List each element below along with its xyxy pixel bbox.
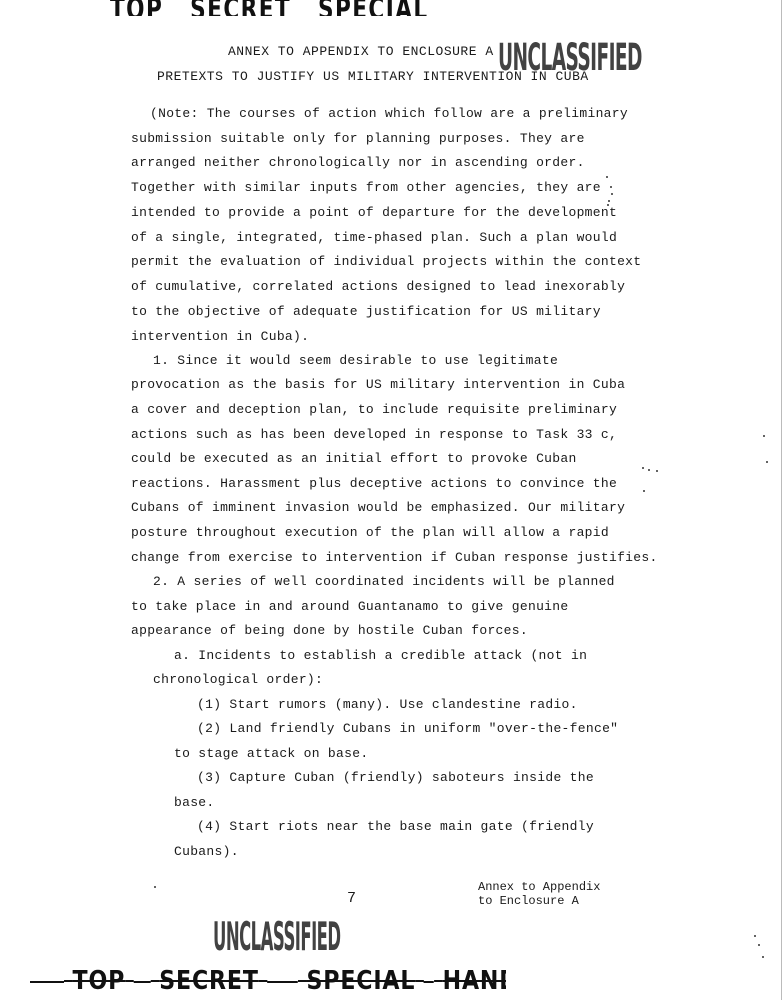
banner-rule: [134, 981, 151, 983]
page-edge: [781, 0, 782, 1000]
scan-mark: [608, 200, 610, 202]
scan-mark: [643, 490, 645, 492]
body-line: 2. A series of well coordinated incident…: [153, 574, 615, 589]
scan-mark: [606, 176, 608, 178]
body-line: posture throughout execution of the plan…: [131, 525, 609, 540]
body-line: reactions. Harassment plus deceptive act…: [131, 476, 617, 491]
body-line: (1) Start rumors (many). Use clandestine…: [197, 697, 578, 712]
body-line: of a single, integrated, time-phased pla…: [131, 230, 617, 245]
body-line: arranged neither chronologically nor in …: [131, 155, 585, 170]
body-line: to the objective of adequate justificati…: [131, 304, 601, 319]
body-line: could be executed as an initial effort t…: [131, 451, 577, 466]
banner-rule: [267, 981, 298, 983]
scan-mark: [648, 469, 650, 471]
scan-mark: [154, 886, 156, 888]
classification-word: SECRET: [190, 0, 291, 16]
scan-mark: [611, 193, 613, 195]
scan-mark: [642, 467, 644, 469]
body-line: a. Incidents to establish a credible att…: [174, 648, 587, 663]
body-line: base.: [174, 795, 215, 810]
body-line: (2) Land friendly Cubans in uniform "ove…: [197, 721, 618, 736]
body-line: to take place in and around Guantanamo t…: [131, 599, 568, 614]
body-line: Together with similar inputs from other …: [131, 180, 601, 195]
bottom-classification-banner: TOP SECRET SPECIAL HANDLING NOFORN: [30, 966, 506, 1000]
scan-mark: [763, 435, 765, 437]
footer-reference: Annex to Appendix to Enclosure A: [478, 880, 600, 908]
page-number: 7: [347, 890, 356, 907]
scan-mark: [766, 461, 768, 463]
body-line: intervention in Cuba).: [131, 329, 309, 344]
scan-mark: [610, 186, 612, 188]
scan-mark: [607, 204, 609, 206]
body-line: Cubans of imminent invasion would be emp…: [131, 500, 625, 515]
banner-rule: [424, 981, 434, 983]
body-line: (4) Start riots near the base main gate …: [197, 819, 594, 834]
body-line: chronological order):: [153, 672, 323, 687]
body-line: of cumulative, correlated actions design…: [131, 279, 625, 294]
footer-reference-line: to Enclosure A: [478, 894, 600, 908]
footer-reference-line: Annex to Appendix: [478, 880, 600, 894]
body-line: (3) Capture Cuban (friendly) saboteurs i…: [197, 770, 594, 785]
top-classification-banner: TOP SECRET SPECIAL HANDLING NOFORN: [110, 0, 456, 16]
scan-mark: [758, 944, 760, 946]
banner-rule: [30, 981, 64, 983]
body-line: (Note: The courses of action which follo…: [150, 106, 628, 121]
classification-word: HANDLING: [443, 966, 506, 996]
body-line: submission suitable only for planning pu…: [131, 131, 585, 146]
classification-word: TOP: [110, 0, 163, 16]
classification-word: SECRET: [159, 966, 259, 996]
body-line: to stage attack on base.: [174, 746, 368, 761]
body-line: Cubans).: [174, 844, 239, 859]
body-line: appearance of being done by hostile Cuba…: [131, 623, 528, 638]
classification-word: SPECIAL: [307, 966, 416, 996]
document-title: ANNEX TO APPENDIX TO ENCLOSURE A: [228, 44, 494, 59]
document-page: TOP SECRET SPECIAL HANDLING NOFORN UNCLA…: [0, 0, 784, 1000]
body-line: provocation as the basis for US military…: [131, 377, 625, 392]
classification-word: TOP: [73, 966, 126, 996]
scan-mark: [656, 470, 658, 472]
body-line: a cover and deception plan, to include r…: [131, 402, 617, 417]
body-line: change from exercise to intervention if …: [131, 550, 658, 565]
scan-mark: [754, 935, 756, 937]
document-subtitle: PRETEXTS TO JUSTIFY US MILITARY INTERVEN…: [157, 69, 589, 84]
classification-word: SPECIAL: [318, 0, 429, 16]
body-line: actions such as has been developed in re…: [131, 427, 617, 442]
unclassified-stamp-bottom: UNCLASSIFIED: [213, 915, 341, 961]
body-line: intended to provide a point of departure…: [131, 205, 617, 220]
scan-mark: [762, 956, 764, 958]
body-line: 1. Since it would seem desirable to use …: [153, 353, 558, 368]
body-line: permit the evaluation of individual proj…: [131, 254, 641, 269]
